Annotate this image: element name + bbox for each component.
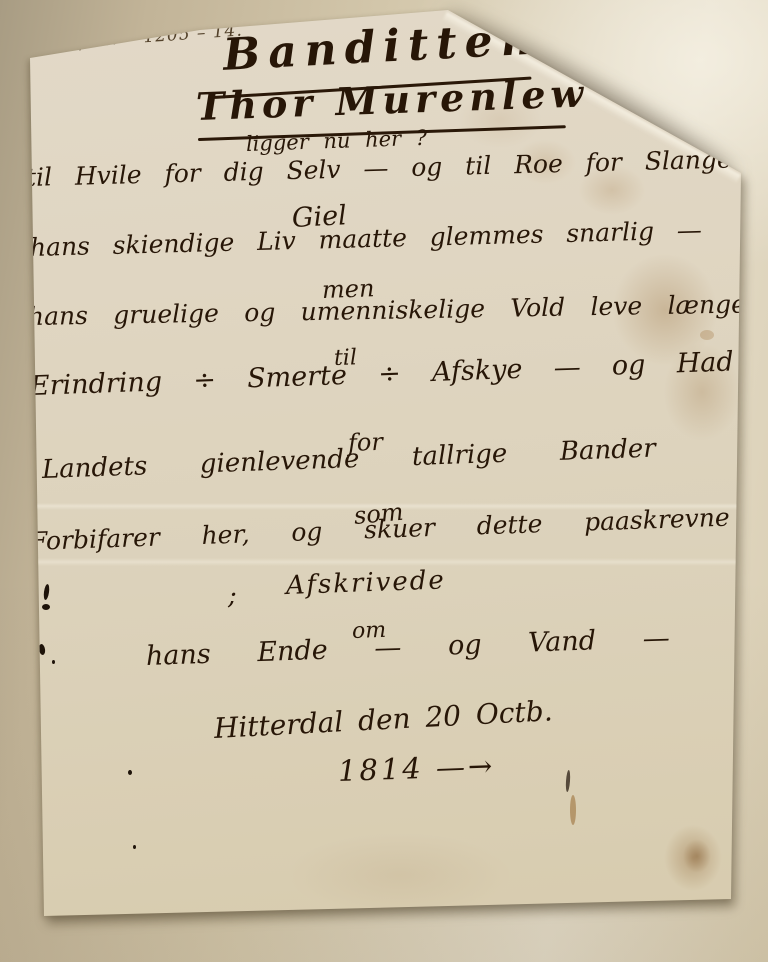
interlinear-word: ligger nu her ? bbox=[246, 127, 428, 156]
title-line-2: Thor Murenlew bbox=[195, 73, 570, 128]
verse-line: Afskrivede bbox=[286, 566, 447, 600]
foxing-speck bbox=[570, 795, 576, 825]
ink-blot bbox=[128, 770, 132, 775]
verse-line: hans Ende — og Vand — bbox=[145, 624, 670, 672]
separator-semicolon: ; bbox=[228, 582, 237, 611]
ink-blot bbox=[42, 604, 50, 610]
place-date-line: Hitterdal den 20 Octb. bbox=[213, 696, 553, 744]
year-line: 1814 —→ bbox=[337, 751, 495, 788]
photograph-of-manuscript: d Dap.Nr – 1205 – 14. Banditten Thor Mur… bbox=[0, 0, 768, 962]
ink-blot bbox=[43, 584, 50, 601]
title-line-1: Banditten bbox=[221, 15, 543, 80]
paper-shadow-wrapper: d Dap.Nr – 1205 – 14. Banditten Thor Mur… bbox=[0, 0, 768, 962]
archive-mark: d Dap.Nr – 1205 – 14. bbox=[33, 21, 243, 54]
ink-blot bbox=[133, 845, 136, 849]
verse-line: hans skiendige Liv maatte glemmes snarli… bbox=[30, 216, 702, 261]
verse-line: Erindring ÷ Smerte ÷ Afskye — og Had bbox=[29, 347, 734, 401]
ink-blot bbox=[52, 660, 55, 664]
foxing-speck bbox=[700, 330, 714, 340]
ink-blot bbox=[565, 770, 571, 792]
verse-line: til Hvile for dig Selv — og til Roe for … bbox=[26, 145, 756, 192]
ink-blot bbox=[38, 644, 46, 656]
verse-line: hans gruelige og umenniskelige Vold leve… bbox=[28, 290, 754, 330]
manuscript-paper: d Dap.Nr – 1205 – 14. Banditten Thor Mur… bbox=[0, 0, 768, 962]
